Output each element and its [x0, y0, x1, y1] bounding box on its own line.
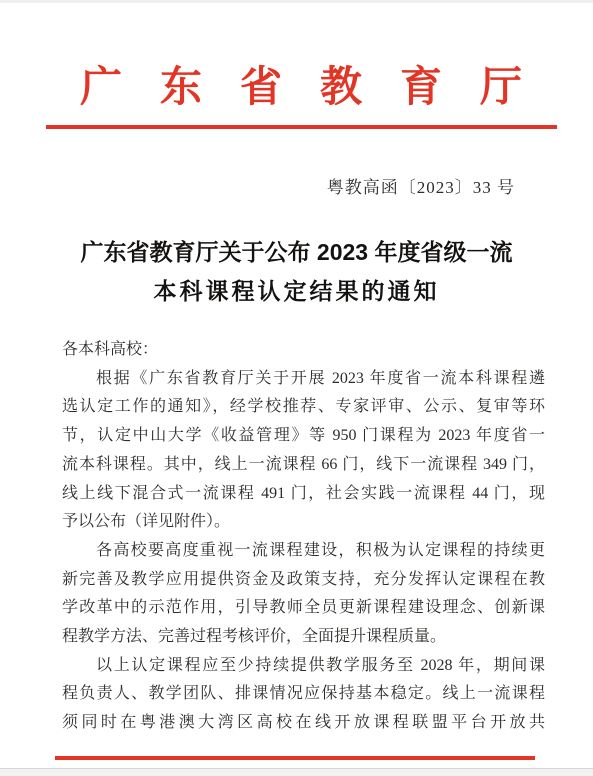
- red-footer-divider: [55, 756, 535, 760]
- agency-header: 广东省教育厅: [0, 62, 593, 114]
- body-line: 程负责人、教学团队、排课情况应保持基本稳定。线上一流课程: [62, 680, 545, 709]
- body-line: 各高校要高度重视一流课程建设，积极为认定课程的持续更: [62, 537, 545, 566]
- body-line: 须同时在粤港澳大湾区高校在线开放课程联盟平台开放共: [62, 709, 545, 738]
- body-line: 新完善及教学应用提供资金及政策支持，充分发挥认定课程在教: [62, 566, 545, 595]
- red-header-divider: [46, 125, 557, 129]
- page-bottom-edge: [0, 768, 593, 776]
- body-line: 选认定工作的通知》，经学校推荐、专家评审、公示、复审等环: [62, 393, 545, 422]
- body-line: 各本科高校：: [62, 336, 545, 365]
- body-line: 学改革中的示范作用，引导教师全员更新课程建设理念、创新课: [62, 594, 545, 623]
- notice-title-line-2: 本科课程认定结果的通知: [0, 272, 593, 311]
- body-line: 流本科课程。其中，线上一流课程 66 门，线下一流课程 349 门，: [62, 451, 545, 480]
- document-number: 粤教高函〔2023〕33 号: [327, 176, 515, 200]
- body-line: 根据《广东省教育厅关于开展 2023 年度省一流本科课程遴: [62, 365, 545, 394]
- body-line: 程教学方法、完善过程考核评价，全面提升课程质量。: [62, 623, 545, 652]
- body-line: 予以公布（详见附件）。: [62, 508, 545, 537]
- notice-title-line-1: 广东省教育厅关于公布 2023 年度省级一流: [0, 233, 593, 272]
- body-line: 节，认定中山大学《收益管理》等 950 门课程为 2023 年度省一: [62, 422, 545, 451]
- body-line: 以上认定课程应至少持续提供教学服务至 2028 年，期间课: [62, 652, 545, 681]
- document-page: 广东省教育厅 粤教高函〔2023〕33 号 广东省教育厅关于公布 2023 年度…: [0, 0, 593, 776]
- page-top-edge: [0, 0, 593, 3]
- notice-title: 广东省教育厅关于公布 2023 年度省级一流 本科课程认定结果的通知: [0, 233, 593, 311]
- body-line: 线上线下混合式一流课程 491 门，社会实践一流课程 44 门，现: [62, 480, 545, 509]
- body-text: 各本科高校：根据《广东省教育厅关于开展 2023 年度省一流本科课程遴选认定工作…: [62, 336, 545, 738]
